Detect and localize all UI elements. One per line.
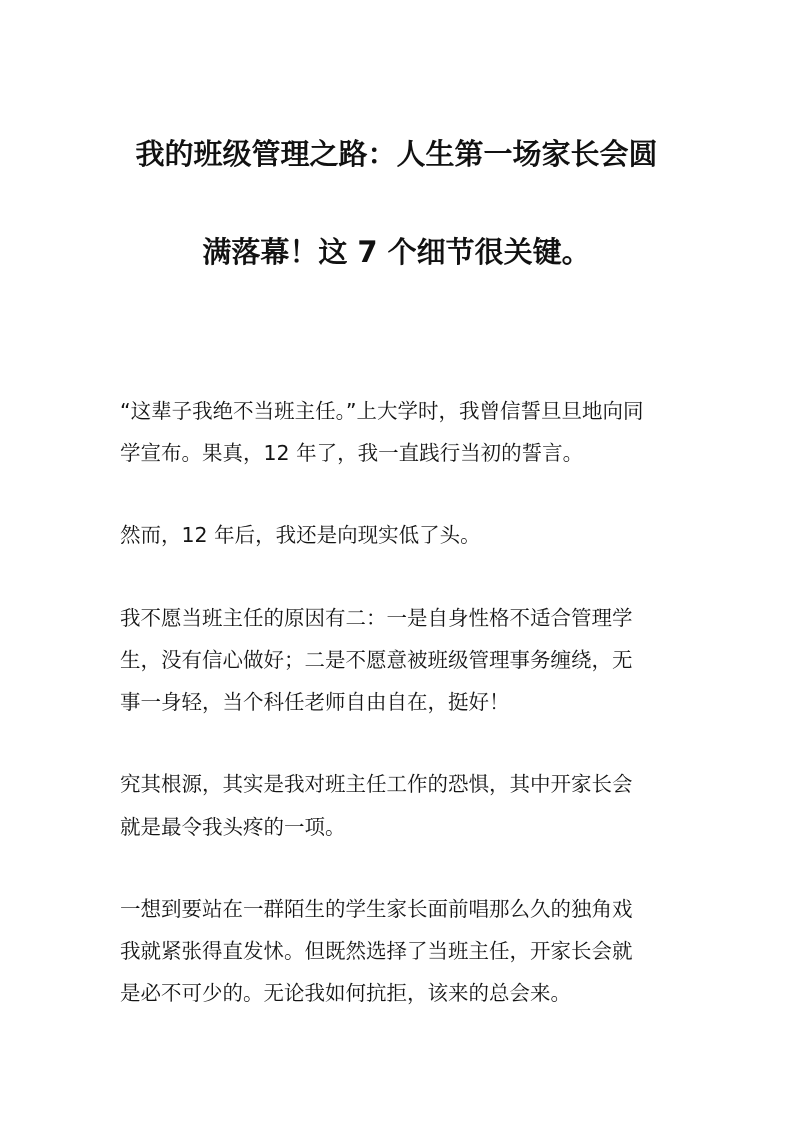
paragraph-line: 就是最令我头疼的一项。 xyxy=(120,810,346,840)
paragraph-line: 一想到要站在一群陌生的学生家长面前唱那么久的独角戏 xyxy=(120,892,633,922)
paragraph-line: 生，没有信心做好；二是不愿意被班级管理事务缠绕，无 xyxy=(120,643,633,673)
paragraph-line: “这辈子我绝不当班主任。”上大学时，我曾信誓旦旦地向同 xyxy=(120,394,644,424)
document-title-line-2: 满落幕！这 7 个细节很关键。 xyxy=(0,230,793,271)
paragraph-line: 我就紧张得直发怵。但既然选择了当班主任，开家长会就 xyxy=(120,934,633,964)
paragraph-line: 究其根源，其实是我对班主任工作的恐惧，其中开家长会 xyxy=(120,767,633,797)
paragraph-line: 是必不可少的。无论我如何抗拒，该来的总会来。 xyxy=(120,976,571,1006)
paragraph-line: 我不愿当班主任的原因有二：一是自身性格不适合管理学 xyxy=(120,601,633,631)
paragraph-line: 然而，12 年后，我还是向现实低了头。 xyxy=(120,518,481,548)
paragraph-line: 学宣布。果真，12 年了，我一直践行当初的誓言。 xyxy=(120,436,583,466)
document-title-line-1: 我的班级管理之路：人生第一场家长会圆 xyxy=(0,132,793,173)
paragraph-line: 事一身轻，当个科任老师自由自在，挺好！ xyxy=(120,685,510,715)
